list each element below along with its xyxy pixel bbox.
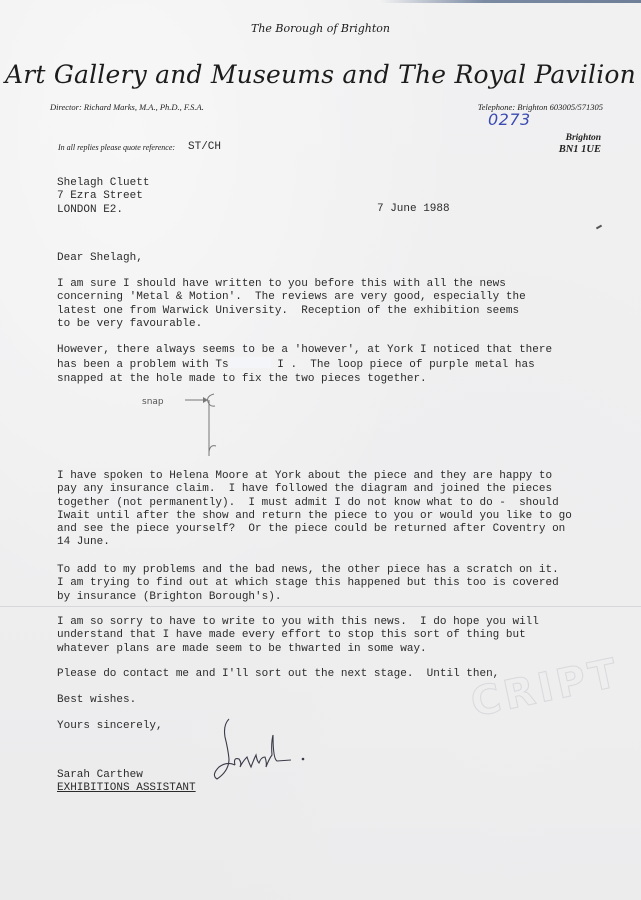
sketch-label: snap xyxy=(142,397,164,407)
salutation: Dear Shelagh, xyxy=(57,252,143,265)
recipient-street: 7 Ezra Street xyxy=(57,190,143,202)
paragraph-2-line-2a: has been a problem with Ts xyxy=(57,359,229,371)
paragraph-2: However, there always seems to be a 'how… xyxy=(57,344,552,386)
institution-masthead: Art Gallery and Museums and The Royal Pa… xyxy=(0,60,641,89)
page-edge xyxy=(380,0,641,3)
paragraph-4: To add to my problems and the bad news, … xyxy=(57,564,559,604)
pen-mark xyxy=(596,225,602,230)
paragraph-1: I am sure I should have written to you b… xyxy=(57,278,526,331)
sender-title: EXHIBITIONS ASSISTANT xyxy=(57,782,196,795)
paragraph-5: I am so sorry to have to write to you wi… xyxy=(57,616,539,656)
redacted-text xyxy=(229,357,271,368)
paragraph-6: Please do contact me and I'll sort out t… xyxy=(57,668,499,681)
watermark: CRIPT xyxy=(467,650,625,727)
borough-heading: The Borough of Brighton xyxy=(0,22,641,35)
sender-postcode: BN1 1UE xyxy=(559,144,601,155)
letter-page: The Borough of Brighton Art Gallery and … xyxy=(0,0,641,900)
reference-label: In all replies please quote reference: xyxy=(58,143,175,152)
closing-wishes: Best wishes. xyxy=(57,694,136,707)
recipient-address: Shelagh Cluett 7 Ezra Street LONDON E2. xyxy=(57,177,149,217)
paragraph-2-line-3: snapped at the hole made to fix the two … xyxy=(57,373,427,385)
handwritten-signature xyxy=(205,715,315,785)
handwritten-area-code: 0273 xyxy=(488,110,531,129)
letter-date: 7 June 1988 xyxy=(377,203,450,216)
recipient-city: LONDON E2. xyxy=(57,204,123,216)
director-line: Director: Richard Marks, M.A., Ph.D., F.… xyxy=(50,102,204,112)
sender-city: Brighton xyxy=(566,133,601,143)
recipient-name: Shelagh Cluett xyxy=(57,177,149,189)
valediction: Yours sincerely, xyxy=(57,720,163,733)
paragraph-2-line-2b: I . The loop piece of purple metal has xyxy=(271,359,535,371)
reference-value: ST/CH xyxy=(188,141,221,154)
paragraph-3: I have spoken to Helena Moore at York ab… xyxy=(57,470,572,550)
paper-fold xyxy=(0,606,641,607)
paragraph-2-line-1: However, there always seems to be a 'how… xyxy=(57,344,552,356)
snap-diagram-sketch: snap xyxy=(140,390,250,460)
sender-name: Sarah Carthew xyxy=(57,769,143,782)
